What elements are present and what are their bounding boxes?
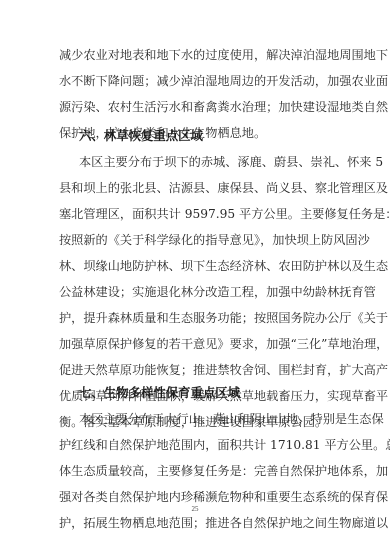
text-line: 护红线和自然保护地范围内，面积共计 1710.81 平方公里。总	[59, 436, 331, 454]
text-line: 水不断下降问题；减少淖泊湿地周边的开发活动，加强农业面	[59, 72, 331, 90]
document-page: 减少农业对地表和地下水的过度使用，解决淖泊湿地周围地下 水不断下降问题；减少淖泊…	[0, 0, 390, 551]
text-line: 强对各类自然保护地内珍稀濒危物种和重要生态系统的保育保	[59, 488, 331, 506]
text-line: 本区主要分布于坝下的赤城、涿鹿、蔚县、崇礼、怀来 5	[79, 153, 331, 171]
text-line: 林、坝缘山地防护林、坝下生态经济林、农田防护林以及生态	[59, 257, 331, 275]
page-number: 25	[0, 505, 390, 513]
text-line: 县和坝上的张北县、沽源县、康保县、尚义县、察北管理区及	[59, 179, 331, 197]
text-line: 源污染、农村生活污水和畜禽粪水治理；加快建设湿地类自然	[59, 98, 331, 116]
text-line: 护，拓展生物栖息地范围；推进各自然保护地之间生物廊道以	[59, 514, 331, 532]
text-line: 护，提升森林质量和生态服务功能；按照国务院办公厅《关于	[59, 309, 331, 327]
text-line: 按照新的《关于科学绿化的指导意见》，加快坝上防风固沙	[59, 231, 331, 249]
text-line: 公益林建设；实施退化林分改造工程，加强中幼龄林抚育管	[59, 283, 331, 301]
text-line: 减少农业对地表和地下水的过度使用，解决淖泊湿地周围地下	[59, 46, 331, 64]
text-line: 本区主要分布于太行山、燕山和阴山山地，特别是生态保	[79, 410, 331, 428]
section-heading-6: 六、林草恢复重点区域	[79, 127, 203, 145]
text-line: 塞北管理区，面积共计 9597.95 平方公里。主要修复任务是：	[59, 205, 331, 223]
text-line: 加强草原保护修复的若干意见》要求，加强“三化”草地治理，	[59, 335, 331, 353]
section-heading-7: 七、生物多样性保育重点区域	[79, 384, 240, 402]
text-line: 促进天然草原功能恢复；推进禁牧舍饲、围栏封育，扩大高产	[59, 361, 331, 379]
text-line: 体生态质量较高，主要修复任务是：完善自然保护地体系，加	[59, 462, 331, 480]
